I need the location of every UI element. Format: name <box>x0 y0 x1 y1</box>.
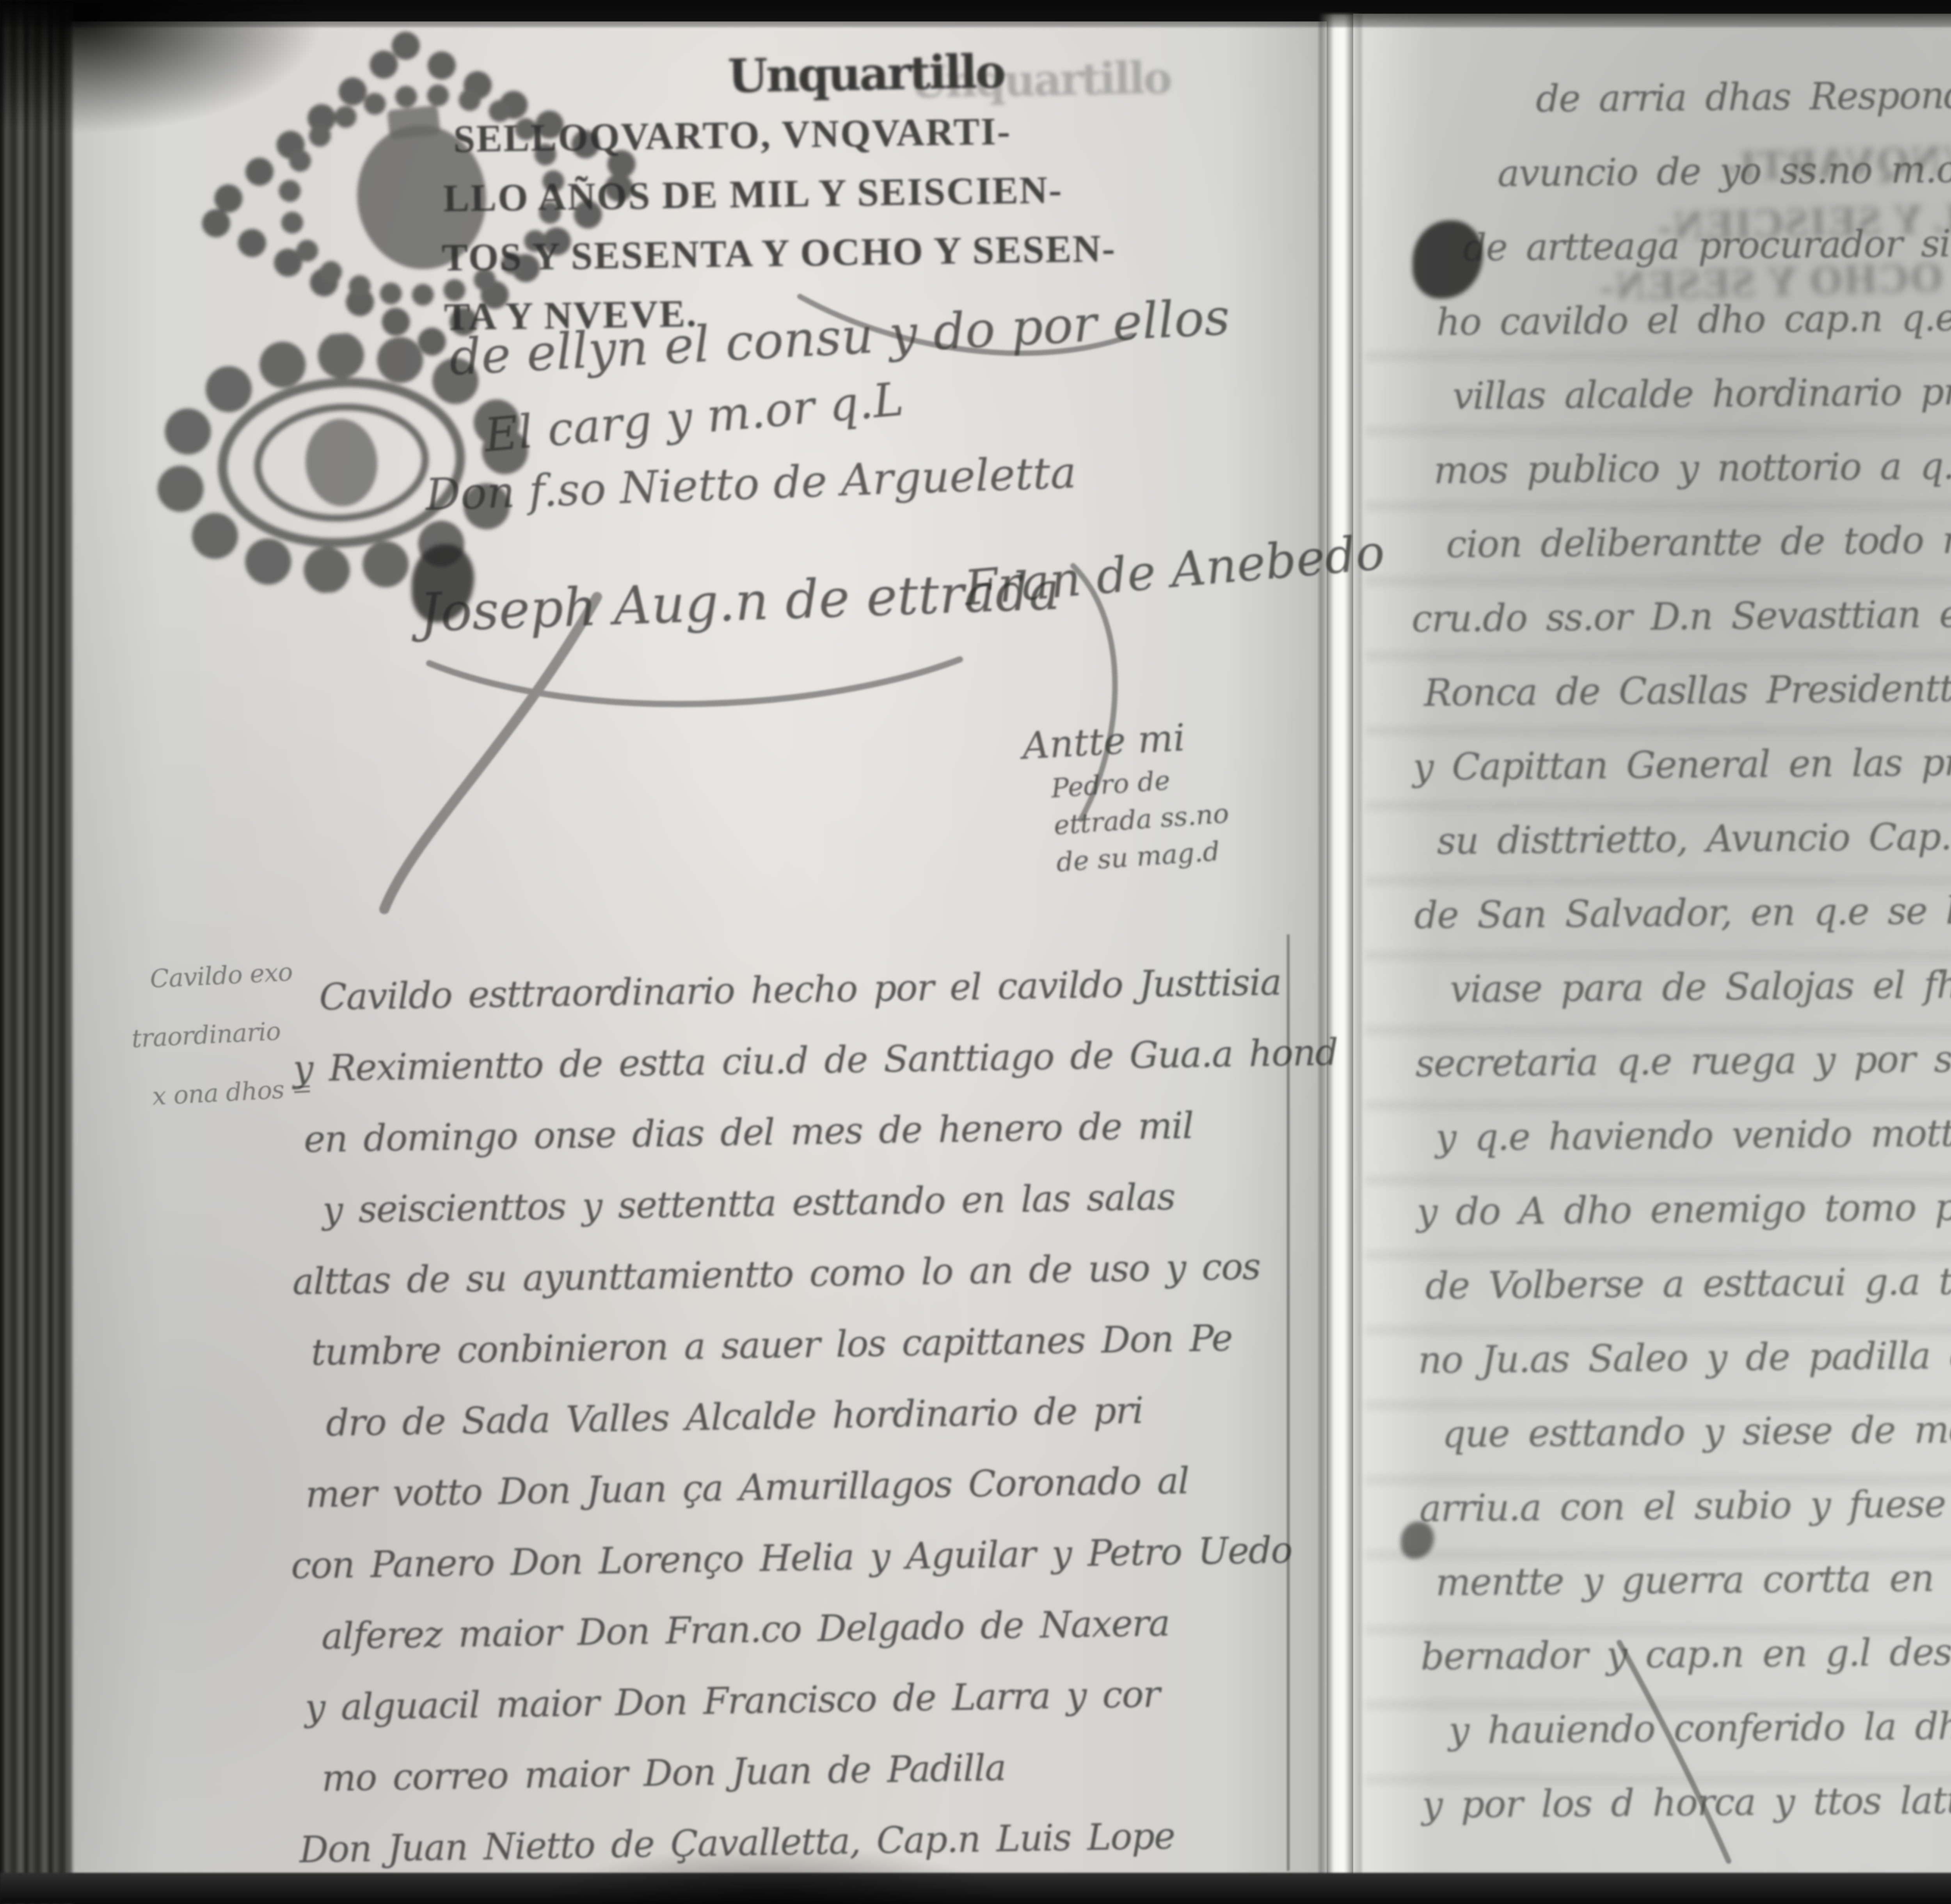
left-page-body: Cavildo esttraordinario hecho por el cav… <box>319 946 1324 1885</box>
photo-border-top <box>0 0 1951 27</box>
manuscript-line: mentte y guerra cortta en s.a comorias <box>1435 1536 1951 1620</box>
right-page-body: de arria dhas Respondio al ss.or Ju.o Vs… <box>1407 54 1951 1842</box>
manuscript-line: cion deliberantte de todo no tratt.do en… <box>1446 499 1951 582</box>
manuscript-line: villas alcalde hordinario proveydo y a l… <box>1452 350 1951 433</box>
manuscript-photo: Unquartillo Unquartillo SELLOQVARTO, VNQ… <box>0 0 1951 1904</box>
manuscript-line: de arria dhas Respondio al ss.or Ju.o Vs… <box>1535 54 1951 137</box>
manuscript-line: Ronca de Casllas Presidenttes y los Vsad… <box>1423 647 1951 730</box>
manuscript-line: de San Salvador, en q.e se lexion de sus <box>1414 869 1951 953</box>
book-gutter <box>1319 14 1362 1877</box>
manuscript-line: arriu.a con el subio y fuese con des <box>1419 1462 1951 1546</box>
manuscript-line: secretaria q.e ruega y por setar la q.a … <box>1415 1018 1951 1101</box>
printed-seal-line: TOS Y SESENTA Y OCHO Y SESEN- <box>441 220 1009 287</box>
margin-note-line: x ona dhos = <box>151 1059 314 1126</box>
signature-line: Antte mi <box>1021 716 1186 768</box>
manuscript-line: mos publico y nottorio a q.e el q.e de G… <box>1433 424 1951 508</box>
margin-note: Cavildo exo traordinario x ona dhos = <box>148 942 313 1126</box>
signature-line: Pedro de ettrada ss.no de su mag.d <box>1050 756 1268 881</box>
manuscript-line: viase para de Salojas el fherr y mi go q… <box>1450 943 1951 1027</box>
printed-seal-line: LLO AÑOS DE MIL Y SEISCIEN- <box>443 161 1009 228</box>
manuscript-line: de artteaga procurador sindico desta Ciu… <box>1462 202 1951 285</box>
manuscript-line: ho cavildo el dho cap.n q.e se juntasen … <box>1436 276 1951 360</box>
printed-seal-line: SELLOQVARTO, VNQVARTI- <box>453 101 1008 169</box>
manuscript-line: que esttando y siese de mosttrazion parm… <box>1442 1388 1951 1472</box>
manuscript-line: avuncio de yo ss.no m.or genera es seisc… <box>1497 128 1951 211</box>
manuscript-line: no Ju.as Saleo y de padilla con p.a <box>1418 1314 1951 1398</box>
margin-note-line: Cavildo exo <box>148 942 307 1009</box>
photo-border-bottom <box>0 1873 1951 1904</box>
left-page-margin-rule <box>1287 934 1290 1871</box>
manuscript-line: de Volberse a esttacui g.a tta y nos pos… <box>1425 1240 1951 1323</box>
page-edges-left <box>0 0 72 1904</box>
manuscript-line: y hauiendo conferido la dha primera <box>1448 1685 1951 1768</box>
manuscript-line: y do A dho enemigo tomo por el Reyno <box>1416 1166 1951 1249</box>
manuscript-line: bernador y cap.n en g.l desttas pro y or… <box>1420 1611 1951 1694</box>
manuscript-line: y por los d horca y ttos lattes enpleyes <box>1421 1759 1951 1842</box>
manuscript-line: y q.e haviendo venido mottuor de ra <box>1435 1092 1951 1175</box>
manuscript-line: y Capittan General en las prov.as y morc… <box>1413 721 1951 805</box>
manuscript-line: su disttrietto, Avuncio Cap.e de llagues <box>1437 795 1951 879</box>
manuscript-line: cru.do ss.or D.n Sevasttian el Al.de pre… <box>1411 573 1951 656</box>
unquartillo-stamp-ghost: Unquartillo <box>909 56 1171 105</box>
margin-note-line: traordinario <box>130 1001 310 1069</box>
